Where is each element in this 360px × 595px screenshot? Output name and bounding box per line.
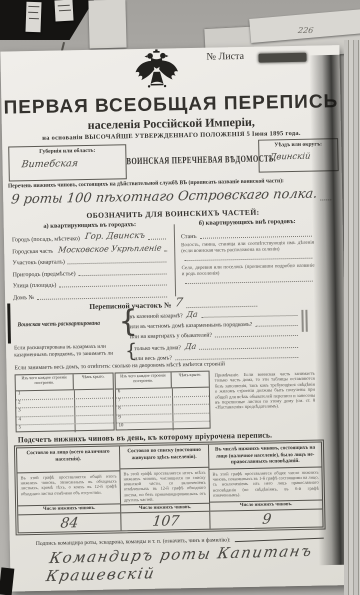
city-field: Улица (площадь): [13, 277, 169, 289]
gubernia-box: Губернія или область: Витебская: [8, 144, 127, 181]
city-field: Участокъ (кварталъ): [12, 254, 168, 266]
city-field-value: Московское Укрѣпленіе: [58, 243, 162, 254]
count-table: Состояло на лицо (всего наличнаго населе…: [14, 439, 326, 535]
buildings-note: Примѣчаніе. Если воинская часть занимает…: [215, 371, 316, 411]
rural-column: б) квартирующихъ внѣ городовъ: Станъ Вол…: [181, 218, 315, 286]
binding-ink-mark: [7, 303, 10, 343]
count-col-present: Состояло на лицо (всего наличнаго населе…: [17, 446, 121, 532]
city-field: Городская часть Московское Укрѣпленіе: [12, 243, 168, 255]
city-column-heading: а) квартирующихъ въ городахъ:: [12, 220, 168, 230]
imperial-eagle-icon: [132, 45, 181, 96]
city-field: Пригородъ (предмѣстье): [13, 266, 169, 278]
paper-scrap: [25, 2, 41, 33]
commander-signature: Командиръ роты Капитанъ Крашевскій: [45, 541, 353, 586]
bookmark-tab: [88, 0, 126, 48]
whole-house-line: Если занимаетъ весь домъ, то отвѣтить: с…: [14, 361, 225, 371]
count-col-on-list: Состояло по списку (постоянно живущаго з…: [119, 445, 210, 531]
pencil-page-number: 226: [297, 26, 314, 35]
city-field-value: Гор. Двинскъ: [84, 231, 145, 242]
columns-divider: [174, 224, 176, 296]
col-roof-header: Чѣмъ крыто.: [74, 374, 113, 390]
col-built-header: Изъ чего каждое строеніе построено.: [16, 374, 74, 390]
uezd-label: Уѣздъ или округъ:: [259, 141, 337, 148]
black-corner: [0, 0, 94, 40]
buildings-table-right: Изъ чего каждое строеніе построено. Чѣмъ…: [115, 371, 211, 431]
building-row: 5: [17, 424, 114, 433]
doc-type-title: ВОИНСКАЯ ПЕРЕЧНЕВАЯ ВѢДОМОСТЬ.: [126, 154, 276, 167]
count-col-nonorthodox: Въ числѣ нижнихъ чиновъ, состоящихъ на л…: [208, 443, 323, 529]
quartering-answer: Да: [186, 310, 198, 319]
page-edges: [344, 40, 360, 595]
quartering-option: или на квартирахъ у обывателей?: [130, 328, 300, 340]
uezd-box: Уѣздъ или округъ: Двинскій: [258, 138, 339, 173]
unit-name-value: 9 роты 100 пѣхотнаго Островскаго полка.: [10, 187, 318, 208]
stan-field: Станъ: [181, 229, 314, 241]
paper-scrap: [54, 0, 73, 21]
vertical-margin-note: [305, 310, 307, 332]
occupy-option: или весь домъ?: [134, 350, 300, 362]
uezd-value: Двинскій: [269, 152, 311, 163]
count-value: 84: [60, 515, 80, 531]
city-field: Городъ (посадъ, мѣстечко) Гор. Двинскъ: [12, 231, 168, 243]
occupy-lead: Если расквартирована въ казармахъ или ка…: [14, 343, 124, 359]
sheet-number-label: № Листа: [206, 51, 244, 63]
occupy-answer: Да: [184, 342, 196, 351]
buildings-table-left: Изъ чего каждое строеніе построено. Чѣмъ…: [15, 373, 115, 433]
gubernia-value: Витебская: [21, 158, 79, 170]
census-form-page: № Листа ПЕРВАЯ ВСЕОБЩАЯ ПЕРЕПИСЬ н: [0, 45, 349, 591]
occupy-options: только часть дома? Да или весь домъ?: [134, 340, 300, 362]
quartering-lead: Воинская часть расквартирована: [18, 320, 101, 329]
city-column: а) квартирующихъ въ городахъ: Городъ (по…: [12, 220, 169, 300]
col-roof-header: Чѣмъ крыто.: [171, 372, 208, 388]
scanned-census-sheet: 226 № Листа ПЕРВАЯ ВС: [0, 0, 360, 595]
vertical-margin-note: [301, 310, 303, 332]
precinct-value: 7: [175, 295, 184, 309]
gubernia-label: Губернія или область:: [9, 147, 125, 155]
quartering-options: въ казенной казармѣ? Да или въ частномъ …: [129, 308, 300, 340]
rural-column-heading: б) квартирующихъ внѣ городовъ:: [181, 218, 314, 228]
building-row: 10: [117, 422, 210, 431]
sheet-number-smudge: [258, 53, 306, 63]
count-value: 9: [261, 511, 272, 527]
count-value: 107: [151, 513, 180, 530]
col-built-header: Изъ чего каждое строеніе построено.: [116, 372, 172, 388]
unit-name-row: 9 роты 100 пѣхотнаго Островскаго полка.: [11, 186, 333, 207]
